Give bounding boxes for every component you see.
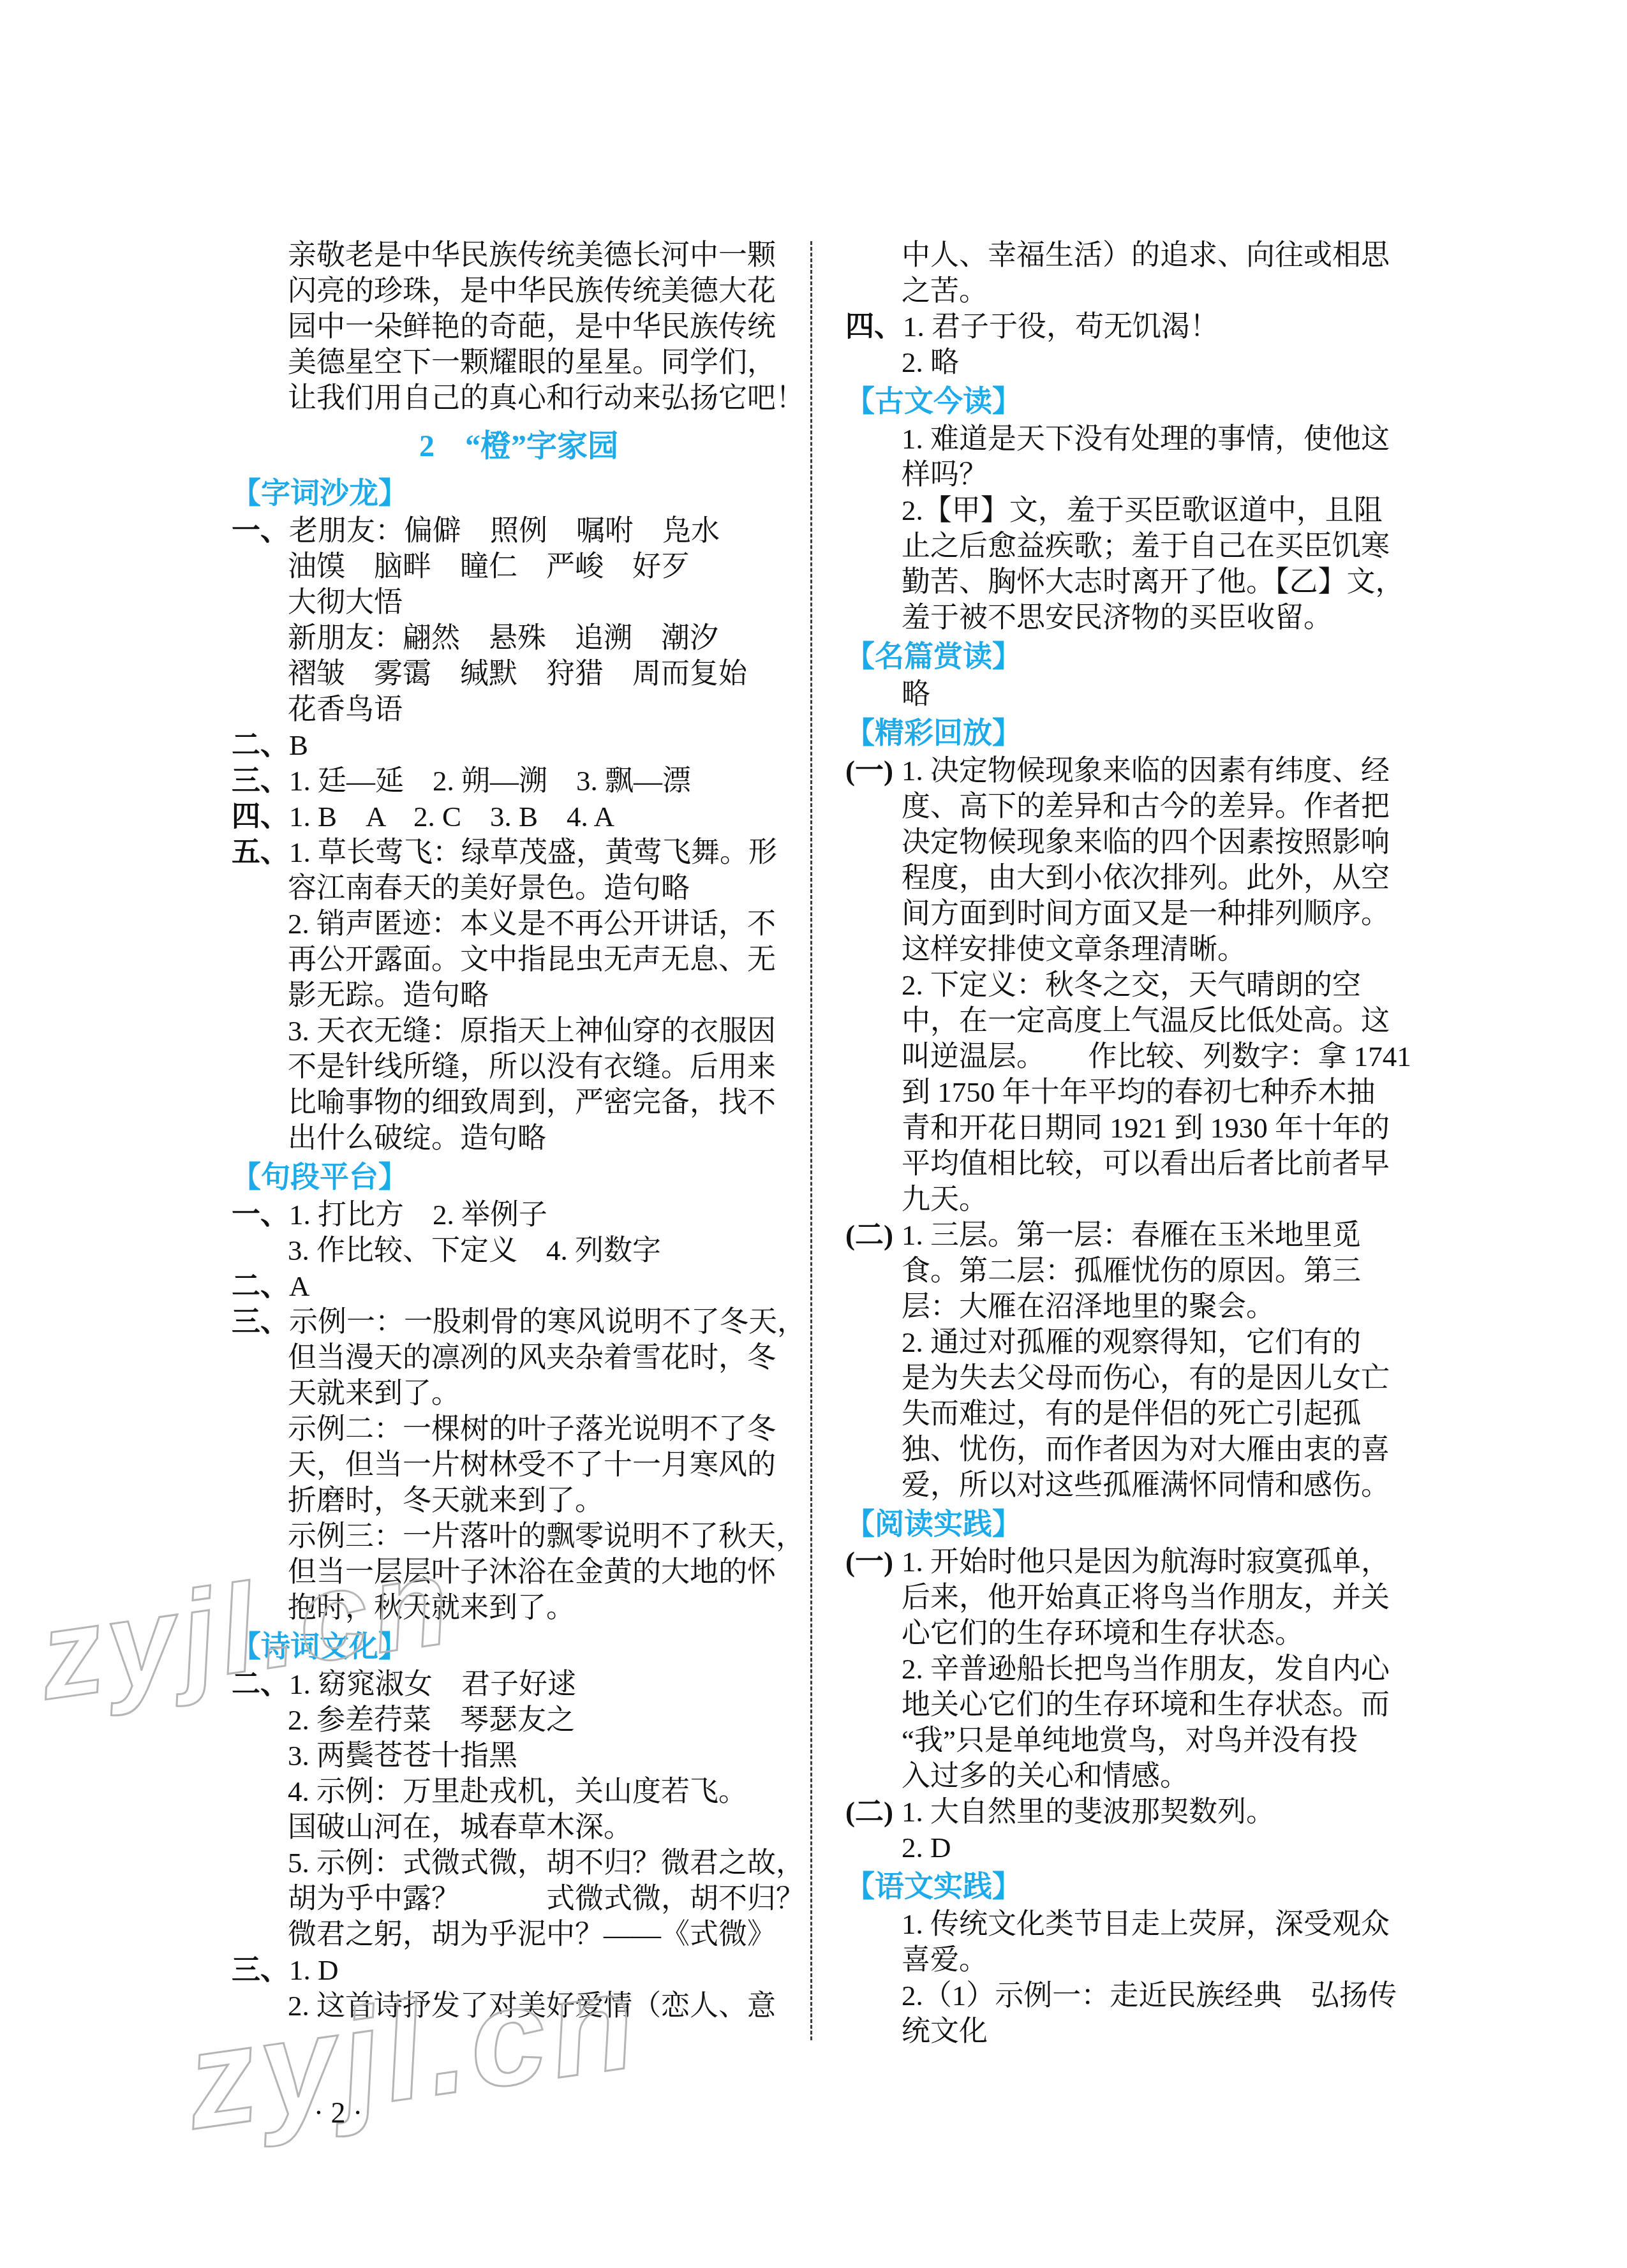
- line-text: 油馍 脑畔 瞳仁 严峻 好歹: [288, 549, 690, 584]
- line-text: 大彻大悟: [288, 584, 403, 620]
- text-line: 四、 1. B A 2. C 3. B 4. A: [232, 799, 806, 834]
- text-line: (二) 1. 三层。第一层：春雁在玉米地里觅: [845, 1217, 1436, 1253]
- line-text: 青和开花日期同 1921 到 1930 年十年的: [902, 1110, 1390, 1146]
- item-label: 三、: [232, 763, 289, 799]
- text-line: 度、高下的差异和古今的差异。作者把: [845, 789, 1436, 824]
- item-label: 四、: [845, 309, 903, 345]
- text-line: 一、 老朋友：偏僻 照例 嘱咐 凫水: [232, 513, 806, 549]
- line-text: 羞于被不思安民济物的买臣收留。: [902, 600, 1332, 635]
- line-text: 喜爱。: [902, 1942, 988, 1978]
- text-line: 羞于被不思安民济物的买臣收留。: [845, 600, 1436, 635]
- text-line: 一、 1. 打比方 2. 举例子: [232, 1197, 806, 1233]
- right-column: 中人、幸福生活）的追求、向往或相思 之苦。 四、 1. 君子于役，苟无饥渴！ 2…: [845, 237, 1436, 2049]
- text-line: 程度，由大到小依次排列。此外，从空: [845, 860, 1436, 896]
- text-line: 2. 略: [845, 345, 1436, 380]
- text-line: 1. 传统文化类节目走上荧屏，深受观众: [845, 1906, 1436, 1942]
- line-text: 独、忧伤，而作者因为对大雁由衷的喜: [902, 1432, 1390, 1467]
- item-label: 三、: [232, 1952, 289, 1988]
- text-line: 失而难过，有的是伴侣的死亡引起孤: [845, 1396, 1436, 1432]
- text-line: 2. 参差荇菜 琴瑟友之: [232, 1702, 806, 1738]
- text-line: 褶皱 雾霭 缄默 狩猎 周而复始: [232, 656, 806, 692]
- line-text: A: [289, 1268, 310, 1304]
- line-text: 1. D: [289, 1952, 339, 1988]
- text-line: 4. 示例：万里赴戎机，关山度若飞。: [232, 1774, 806, 1809]
- line-text: 天，但当一片树林受不了十一月寒风的: [288, 1447, 776, 1483]
- line-text: 2. 销声匿迹：本义是不再公开讲话，不: [288, 906, 776, 942]
- text-line: 2. 辛普逊船长把鸟当作朋友，发自内心: [845, 1651, 1436, 1687]
- line-text: 1. 决定物候现象来临的因素有纬度、经: [902, 753, 1390, 789]
- line-text: 2. 通过对孤雁的观察得知，它们有的: [902, 1324, 1361, 1360]
- line-text: 1. 开始时他只是因为航海时寂寞孤单，: [902, 1544, 1390, 1580]
- text-line: 3. 两鬓苍苍十指黑: [232, 1738, 806, 1774]
- item-label: 一、: [232, 1197, 289, 1233]
- text-line: 是为失去父母而伤心，有的是因儿女亡: [845, 1360, 1436, 1396]
- text-line: 二、 A: [232, 1268, 806, 1304]
- line-text: 微君之躬，胡为乎泥中？——《式微》: [288, 1916, 776, 1952]
- text-line: 【字词沙龙】: [232, 475, 806, 510]
- text-line: 二、 1. 窈窕淑女 君子好逑: [232, 1666, 806, 1702]
- line-text: 示例一：一股刺骨的寒风说明不了冬天，: [289, 1304, 806, 1340]
- item-label: 一、: [232, 513, 289, 549]
- line-text: 度、高下的差异和古今的差异。作者把: [902, 789, 1390, 824]
- text-line: 间方面到时间方面又是一种排列顺序。: [845, 896, 1436, 931]
- text-line: 折磨时，冬天就来到了。: [232, 1483, 806, 1518]
- text-line: 层：大雁在沼泽地里的聚会。: [845, 1289, 1436, 1324]
- text-line: 决定物候现象来临的四个因素按照影响: [845, 824, 1436, 860]
- line-text: 程度，由大到小依次排列。此外，从空: [902, 860, 1390, 896]
- line-text: 再公开露面。文中指昆虫无声无息、无: [288, 942, 776, 977]
- line-text: 2 “橙”字家园: [419, 429, 618, 463]
- line-text: 1. 传统文化类节目走上荧屏，深受观众: [902, 1906, 1390, 1942]
- line-text: 1. 大自然里的斐波那契数列。: [902, 1794, 1275, 1830]
- line-text: 之苦。: [902, 273, 988, 309]
- line-text: 花香鸟语: [288, 692, 403, 727]
- text-line: 3. 作比较、下定义 4. 列数字: [232, 1233, 806, 1268]
- text-line: 美德星空下一颗耀眼的星星。同学们，: [232, 345, 806, 380]
- line-text: 抱时，秋天就来到了。: [288, 1590, 575, 1626]
- text-line: 【语文实践】: [845, 1868, 1436, 1904]
- line-text: 新朋友：翩然 悬殊 追溯 潮汐: [288, 620, 718, 656]
- line-text: 2. 这首诗抒发了对美好爱情（恋人、意: [288, 1988, 776, 2024]
- item-label: 四、: [232, 799, 289, 834]
- left-column: 亲敬老是中华民族传统美德长河中一颗 闪亮的珍珠，是中华民族传统美德大花 园中一朵…: [232, 237, 806, 2024]
- text-line: (二) 1. 大自然里的斐波那契数列。: [845, 1794, 1436, 1830]
- text-line: 勤苦、胸怀大志时离开了他。【乙】文，: [845, 564, 1436, 600]
- text-line: 2. 这首诗抒发了对美好爱情（恋人、意: [232, 1988, 806, 2024]
- item-label: (二): [845, 1217, 902, 1253]
- line-text: 这样安排使文章条理清晰。: [902, 931, 1246, 967]
- text-line: 三、 示例一：一股刺骨的寒风说明不了冬天，: [232, 1304, 806, 1340]
- text-line: 统文化: [845, 2013, 1436, 2049]
- text-line: 五、 1. 草长莺飞：绿草茂盛，黄莺飞舞。形: [232, 834, 806, 870]
- line-text: 4. 示例：万里赴戎机，关山度若飞。: [288, 1774, 747, 1809]
- line-text: 不是针线所缝，所以没有衣缝。后用来: [288, 1049, 776, 1085]
- line-text: 天就来到了。: [288, 1375, 460, 1411]
- line-text: 3. 天衣无缝：原指天上神仙穿的衣服因: [288, 1013, 776, 1049]
- text-line: 样吗？: [845, 457, 1436, 493]
- line-text: 容江南春天的美好景色。造句略: [288, 870, 690, 906]
- text-line: 但当一层层叶子沐浴在金黄的大地的怀: [232, 1554, 806, 1590]
- text-line: 【古文今读】: [845, 383, 1436, 419]
- line-text: 统文化: [902, 2013, 988, 2049]
- text-line: 让我们用自己的真心和行动来弘扬它吧！: [232, 380, 806, 416]
- line-text: 2. 略: [902, 345, 959, 380]
- text-line: 油馍 脑畔 瞳仁 严峻 好歹: [232, 549, 806, 584]
- text-line: 【阅读实践】: [845, 1506, 1436, 1541]
- line-text: 【名篇赏读】: [845, 638, 1022, 674]
- text-line: 中人、幸福生活）的追求、向往或相思: [845, 237, 1436, 273]
- line-text: 2. 参差荇菜 琴瑟友之: [288, 1702, 575, 1738]
- text-line: 5. 示例：式微式微，胡不归？微君之故，: [232, 1845, 806, 1881]
- text-line: 天，但当一片树林受不了十一月寒风的: [232, 1447, 806, 1483]
- workbook-answer-page: 亲敬老是中华民族传统美德长河中一颗 闪亮的珍珠，是中华民族传统美德大花 园中一朵…: [0, 0, 1627, 2268]
- text-line: 地关心它们的生存环境和生存状态。而: [845, 1687, 1436, 1723]
- text-line: 中，在一定高度上气温反比低处高。这: [845, 1003, 1436, 1039]
- line-text: 示例三：一片落叶的飘零说明不了秋天，: [288, 1518, 805, 1554]
- text-line: 二、 B: [232, 727, 806, 763]
- text-line: 【句段平台】: [232, 1159, 806, 1194]
- line-text: 1. 草长莺飞：绿草茂盛，黄莺飞舞。形: [289, 834, 777, 870]
- text-line: 国破山河在，城春草木深。: [232, 1809, 806, 1845]
- line-text: 中人、幸福生活）的追求、向往或相思: [902, 237, 1390, 273]
- line-text: 失而难过，有的是伴侣的死亡引起孤: [902, 1396, 1361, 1432]
- line-text: 止之后愈益疾歌；羞于自己在买臣饥寒: [902, 528, 1390, 564]
- line-text: 层：大雁在沼泽地里的聚会。: [902, 1289, 1275, 1324]
- line-text: 后来，他开始真正将鸟当作朋友，并关: [902, 1580, 1390, 1615]
- page-number: · 2 ·: [255, 2096, 421, 2130]
- line-text: 2.【甲】文，羞于买臣歌讴道中，且阻: [902, 493, 1383, 528]
- line-text: B: [289, 727, 308, 763]
- line-text: 到 1750 年十年平均的春初七种乔木抽: [902, 1074, 1376, 1110]
- text-line: 2. D: [845, 1830, 1436, 1865]
- text-line: 影无踪。造句略: [232, 977, 806, 1013]
- text-line: 2. 通过对孤雁的观察得知，它们有的: [845, 1324, 1436, 1360]
- text-line: 青和开花日期同 1921 到 1930 年十年的: [845, 1110, 1436, 1146]
- line-text: 勤苦、胸怀大志时离开了他。【乙】文，: [902, 564, 1404, 600]
- text-line: 抱时，秋天就来到了。: [232, 1590, 806, 1626]
- text-line: 示例二：一棵树的叶子落光说明不了冬: [232, 1411, 806, 1447]
- line-text: 2. 下定义：秋冬之交，天气晴朗的空: [902, 967, 1361, 1003]
- line-text: 中，在一定高度上气温反比低处高。这: [902, 1003, 1390, 1039]
- line-text: 让我们用自己的真心和行动来弘扬它吧！: [288, 380, 805, 416]
- line-text: 【阅读实践】: [845, 1506, 1022, 1541]
- text-line: 【精彩回放】: [845, 715, 1436, 750]
- line-text: 胡为乎中露？ 式微式微，胡不归？: [288, 1881, 805, 1916]
- text-line: 2.【甲】文，羞于买臣歌讴道中，且阻: [845, 493, 1436, 528]
- text-line: 出什么破绽。造句略: [232, 1120, 806, 1156]
- line-text: 【句段平台】: [232, 1159, 408, 1194]
- line-text: 但当漫天的凛冽的风夹杂着雪花时，冬: [288, 1340, 776, 1375]
- text-line: 平均值相比较，可以看出后者比前者早: [845, 1146, 1436, 1182]
- line-text: 但当一层层叶子沐浴在金黄的大地的怀: [288, 1554, 776, 1590]
- line-text: 比喻事物的细致周到，严密完备，找不: [288, 1085, 776, 1120]
- item-label: 三、: [232, 1304, 289, 1340]
- text-line: 花香鸟语: [232, 692, 806, 727]
- line-text: 出什么破绽。造句略: [288, 1120, 546, 1156]
- text-line: 【名篇赏读】: [845, 638, 1436, 674]
- text-line: 2 “橙”字家园: [232, 429, 806, 464]
- text-line: 比喻事物的细致周到，严密完备，找不: [232, 1085, 806, 1120]
- line-text: 5. 示例：式微式微，胡不归？微君之故，: [288, 1845, 805, 1881]
- text-line: 叫逆温层。 作比较、列数字：拿 1741: [845, 1039, 1436, 1074]
- text-line: 九天。: [845, 1182, 1436, 1217]
- text-line: (一) 1. 决定物候现象来临的因素有纬度、经: [845, 753, 1436, 789]
- line-text: 闪亮的珍珠，是中华民族传统美德大花: [288, 273, 776, 309]
- item-label: 二、: [232, 1268, 289, 1304]
- line-text: 【字词沙龙】: [232, 475, 408, 510]
- line-text: 【语文实践】: [845, 1868, 1022, 1904]
- line-text: 爱，所以对这些孤雁满怀同情和感伤。: [902, 1467, 1390, 1503]
- text-line: 略: [845, 676, 1436, 712]
- text-line: 胡为乎中露？ 式微式微，胡不归？: [232, 1881, 806, 1916]
- line-text: 【古文今读】: [845, 383, 1022, 419]
- text-line: 大彻大悟: [232, 584, 806, 620]
- text-line: 到 1750 年十年平均的春初七种乔木抽: [845, 1074, 1436, 1110]
- text-line: 2. 下定义：秋冬之交，天气晴朗的空: [845, 967, 1436, 1003]
- text-line: 心它们的生存环境和生存状态。: [845, 1615, 1436, 1651]
- line-text: 1. 三层。第一层：春雁在玉米地里觅: [902, 1217, 1361, 1253]
- line-text: 1. B A 2. C 3. B 4. A: [289, 799, 614, 834]
- line-text: 心它们的生存环境和生存状态。: [902, 1615, 1304, 1651]
- line-text: 1. 廷—延 2. 朔—溯 3. 飘—漂: [289, 763, 691, 799]
- line-text: 平均值相比较，可以看出后者比前者早: [902, 1146, 1390, 1182]
- line-text: 示例二：一棵树的叶子落光说明不了冬: [288, 1411, 776, 1447]
- text-line: 不是针线所缝，所以没有衣缝。后用来: [232, 1049, 806, 1085]
- text-line: 再公开露面。文中指昆虫无声无息、无: [232, 942, 806, 977]
- line-text: 食。第二层：孤雁忧伤的原因。第三: [902, 1253, 1361, 1289]
- line-text: 1. 窈窕淑女 君子好逑: [289, 1666, 576, 1702]
- text-line: 【诗词文化】: [232, 1628, 806, 1664]
- text-line: 食。第二层：孤雁忧伤的原因。第三: [845, 1253, 1436, 1289]
- item-label: (二): [845, 1794, 902, 1830]
- text-line: (一) 1. 开始时他只是因为航海时寂寞孤单，: [845, 1544, 1436, 1580]
- column-divider-dashed-line: [810, 241, 812, 2040]
- line-text: 3. 两鬓苍苍十指黑: [288, 1738, 517, 1774]
- text-line: 三、 1. D: [232, 1952, 806, 1988]
- line-text: 2.（1）示例一：走近民族经典 弘扬传: [902, 1978, 1397, 2013]
- line-text: 【精彩回放】: [845, 715, 1022, 750]
- text-line: 闪亮的珍珠，是中华民族传统美德大花: [232, 273, 806, 309]
- line-text: 决定物候现象来临的四个因素按照影响: [902, 824, 1390, 860]
- text-line: 独、忧伤，而作者因为对大雁由衷的喜: [845, 1432, 1436, 1467]
- text-line: 后来，他开始真正将鸟当作朋友，并关: [845, 1580, 1436, 1615]
- item-label: 二、: [232, 1666, 289, 1702]
- text-line: 喜爱。: [845, 1942, 1436, 1978]
- line-text: 美德星空下一颗耀眼的星星。同学们，: [288, 345, 776, 380]
- line-text: 2. D: [902, 1830, 951, 1865]
- line-text: 样吗？: [902, 457, 988, 493]
- line-text: 1. 难道是天下没有处理的事情，使他这: [902, 421, 1390, 457]
- text-line: 2.（1）示例一：走近民族经典 弘扬传: [845, 1978, 1436, 2013]
- text-line: “我”只是单纯地赏鸟，对鸟并没有投: [845, 1723, 1436, 1758]
- text-line: 入过多的关心和情感。: [845, 1758, 1436, 1794]
- line-text: 影无踪。造句略: [288, 977, 489, 1013]
- text-line: 但当漫天的凛冽的风夹杂着雪花时，冬: [232, 1340, 806, 1375]
- line-text: 亲敬老是中华民族传统美德长河中一颗: [288, 237, 776, 273]
- text-line: 四、 1. 君子于役，苟无饥渴！: [845, 309, 1436, 345]
- line-text: 地关心它们的生存环境和生存状态。而: [902, 1687, 1390, 1723]
- text-line: 这样安排使文章条理清晰。: [845, 931, 1436, 967]
- item-label: (一): [845, 1544, 902, 1580]
- line-text: 是为失去父母而伤心，有的是因儿女亡: [902, 1360, 1390, 1396]
- text-line: 园中一朵鲜艳的奇葩，是中华民族传统: [232, 309, 806, 345]
- item-label: (一): [845, 753, 902, 789]
- text-line: 示例三：一片落叶的飘零说明不了秋天，: [232, 1518, 806, 1554]
- line-text: 褶皱 雾霭 缄默 狩猎 周而复始: [288, 656, 747, 692]
- line-text: 老朋友：偏僻 照例 嘱咐 凫水: [289, 513, 720, 549]
- text-line: 微君之躬，胡为乎泥中？——《式微》: [232, 1916, 806, 1952]
- line-text: 国破山河在，城春草木深。: [288, 1809, 632, 1845]
- line-text: 3. 作比较、下定义 4. 列数字: [288, 1233, 661, 1268]
- text-line: 天就来到了。: [232, 1375, 806, 1411]
- text-line: 1. 难道是天下没有处理的事情，使他这: [845, 421, 1436, 457]
- text-line: 三、 1. 廷—延 2. 朔—溯 3. 飘—漂: [232, 763, 806, 799]
- line-text: 【诗词文化】: [232, 1628, 408, 1664]
- text-line: 之苦。: [845, 273, 1436, 309]
- line-text: 叫逆温层。 作比较、列数字：拿 1741: [902, 1039, 1411, 1074]
- text-line: 3. 天衣无缝：原指天上神仙穿的衣服因: [232, 1013, 806, 1049]
- line-text: 2. 辛普逊船长把鸟当作朋友，发自内心: [902, 1651, 1390, 1687]
- line-text: 1. 打比方 2. 举例子: [289, 1197, 547, 1233]
- item-label: 五、: [232, 834, 289, 870]
- text-line: 止之后愈益疾歌；羞于自己在买臣饥寒: [845, 528, 1436, 564]
- text-line: 爱，所以对这些孤雁满怀同情和感伤。: [845, 1467, 1436, 1503]
- line-text: “我”只是单纯地赏鸟，对鸟并没有投: [902, 1723, 1358, 1758]
- line-text: 1. 君子于役，苟无饥渴！: [903, 309, 1219, 345]
- text-line: 新朋友：翩然 悬殊 追溯 潮汐: [232, 620, 806, 656]
- line-text: 入过多的关心和情感。: [902, 1758, 1189, 1794]
- text-line: 亲敬老是中华民族传统美德长河中一颗: [232, 237, 806, 273]
- text-line: 2. 销声匿迹：本义是不再公开讲话，不: [232, 906, 806, 942]
- line-text: 折磨时，冬天就来到了。: [288, 1483, 604, 1518]
- line-text: 略: [902, 676, 930, 712]
- item-label: 二、: [232, 727, 289, 763]
- line-text: 间方面到时间方面又是一种排列顺序。: [902, 896, 1390, 931]
- line-text: 园中一朵鲜艳的奇葩，是中华民族传统: [288, 309, 776, 345]
- text-line: 容江南春天的美好景色。造句略: [232, 870, 806, 906]
- line-text: 九天。: [902, 1182, 988, 1217]
